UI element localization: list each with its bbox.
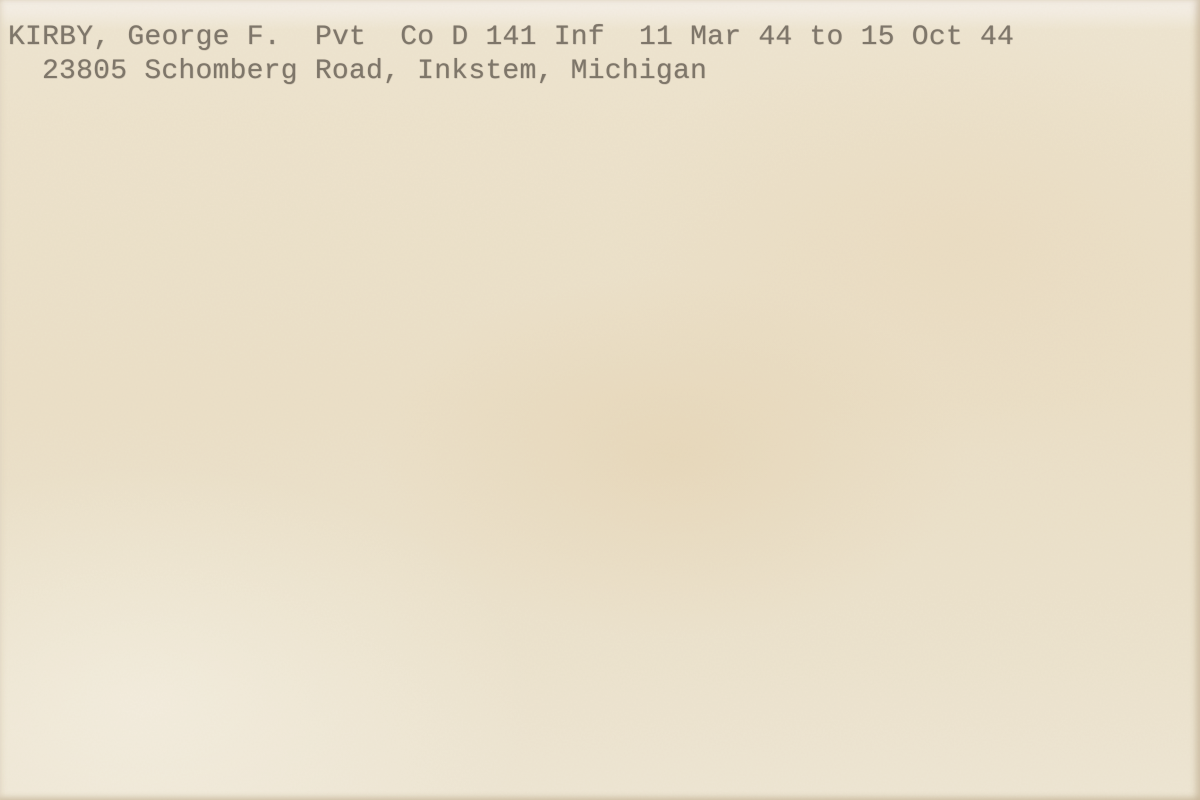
typed-line-home-address: 23805 Schomberg Road, Inkstem, Michigan — [42, 55, 707, 89]
index-card: KIRBY, George F. Pvt Co D 141 Inf 11 Mar… — [0, 0, 1200, 800]
typed-line-service-record: KIRBY, George F. Pvt Co D 141 Inf 11 Mar… — [8, 21, 1014, 55]
paper-grain-texture — [0, 0, 1200, 800]
